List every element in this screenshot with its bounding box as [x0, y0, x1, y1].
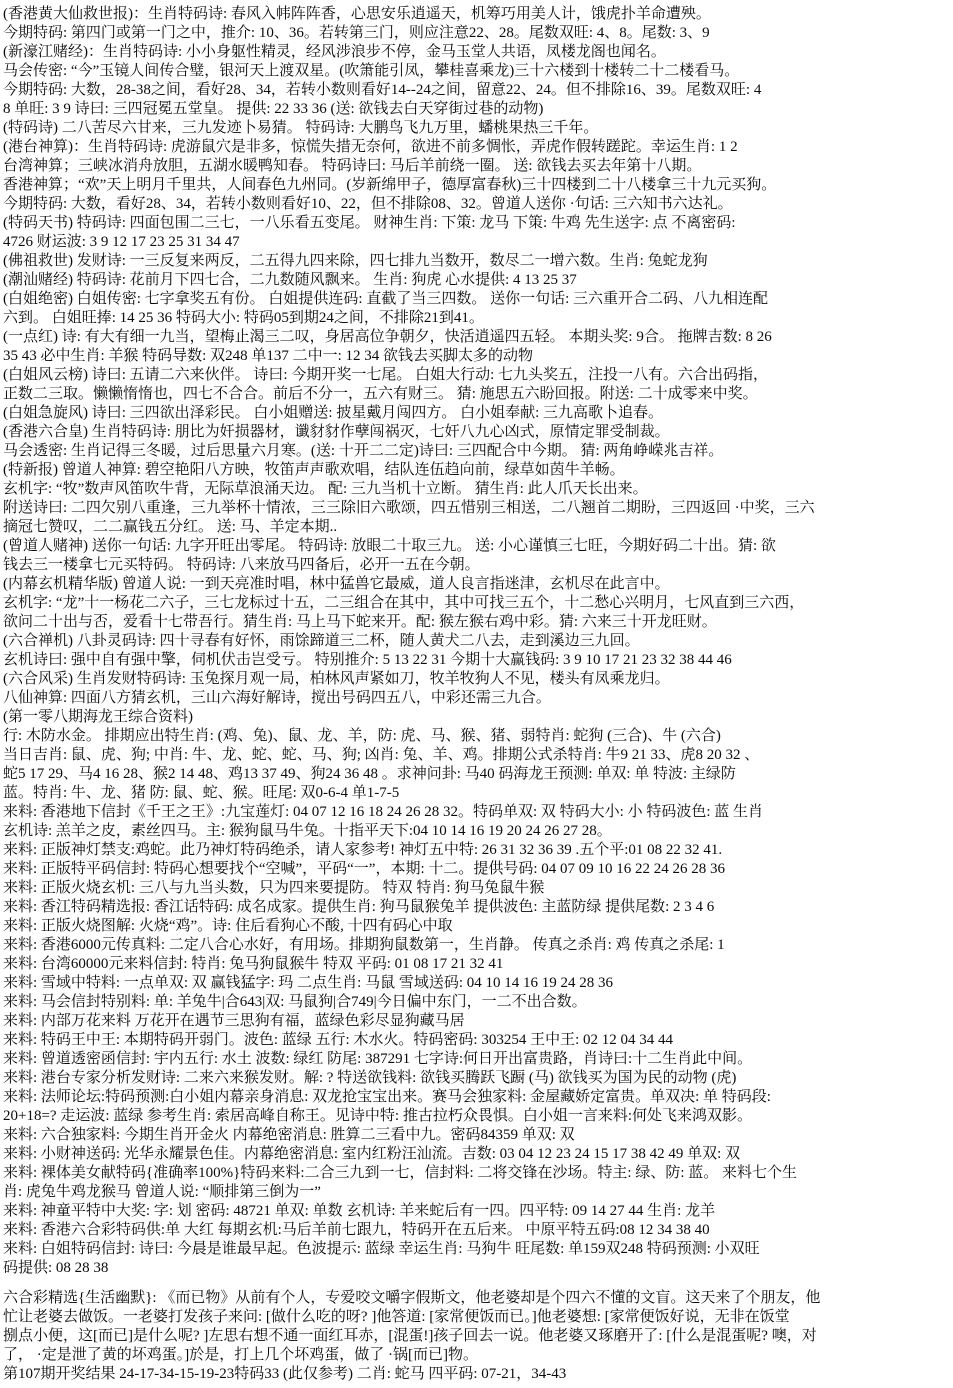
text-line: 来料: 神童平特中大奖: 字: 划 密码: 48721 单双: 单数 玄机诗: …: [3, 1202, 951, 1221]
text-line: 玄机诗曰: 强中自有强中擎，伺机伏击岂受亏。 特别推介: 5 13 22 31 …: [3, 651, 951, 670]
text-line: 来料: 香港地下信封《千王之王》:九宝莲灯: 04 07 12 16 18 24…: [3, 803, 951, 822]
text-line: 钱去三一楼拿七元买特码。 特码诗: 八来放马四备后，必开一五在今朝。: [3, 556, 951, 575]
text-line: 来料: 雪域中特料: 一点单双: 双 赢钱猛字: 玛 二点生肖: 马鼠 雪域送码…: [3, 974, 951, 993]
text-line: 香港神算；“欢”天上明月千里共，人间春色九州同。(岁新绵甲子，德厚富春秋)三十四…: [3, 176, 951, 195]
text-line: 来料: 台湾60000元来料信封: 特肖: 兔马狗鼠猴牛 特双 平码: 01 0…: [3, 955, 951, 974]
text-line: 附送诗曰: 二四欠别八重逢，三九举杯十情浓，三三除旧六歌颂，四五惜别三相送，二八…: [3, 499, 951, 518]
text-line: 来料: 六合独家料: 今期生肖开金火 内幕绝密消息: 胜算二三看中九。密码843…: [3, 1126, 951, 1145]
text-line: 欲问二十出与否，爱看十七带吾行。猜生肖: 马上马下蛇来开。配: 猴左猴右鸡中彩。…: [3, 613, 951, 632]
text-line: 8 单旺: 3 9 诗曰: 三四冠冕五堂皇。 提供: 22 33 36 (送: …: [3, 100, 951, 119]
text-line: (内幕玄机精华版) 曾道人说: 一到天亮准时唱，林中猛兽它最威，道人良言指迷津，…: [3, 575, 951, 594]
text-line: 马会透密: 生肖记得三冬暖，过后思量六月寒。(送: 十开二二定)诗曰: 三四配合…: [3, 442, 951, 461]
text-line: 今期特码: 大数，28-38之间，看好28、34，若转小数则看好14--24之间…: [3, 81, 951, 100]
text-line: (港台神算)：生肖特码诗: 虎游鼠穴是非多，惊慌失措无奈何，欲进不前多惆怅，弄虎…: [3, 138, 951, 157]
text-line: 来料: 香港六合彩特码供:单 大红 每期玄机:马后羊前七跟九，特码开在五后来。 …: [3, 1221, 951, 1240]
text-line: 肖: 虎兔牛鸡龙猴马 曾道人说: “顺排第三倒为一”: [3, 1183, 951, 1202]
text-line: 来料: 白姐特码信封: 诗曰: 今晨是谁最早起。色波提示: 蓝绿 幸运生肖: 马…: [3, 1240, 951, 1259]
text-line: (特码天书) 特码诗: 四面包围二三七，一八乐看五变尾。 财神生肖: 下策: 龙…: [3, 214, 951, 233]
text-line: (白姐绝密) 白姐传密: 七字拿奖五有份。 白姐提供连码: 直截了当三四数。 送…: [3, 290, 951, 309]
text-line: (新濠江赌经)：生肖特码诗: 小小身躯性精灵，经风涉浪步不停，金马玉堂人共语，凤…: [3, 43, 951, 62]
text-line: (曾道人赌神) 送你一句话: 九字开旺出零尾。 特码诗: 放眼二十取三九。 送:…: [3, 537, 951, 556]
text-line: 20+18=? 走运波: 蓝绿 参考生肖: 索居高峰自称王。见诗中特: 推古拉朽…: [3, 1107, 951, 1126]
text-line: 六到。 白姐旺捧: 14 25 36 特码大小: 特码05到期24之间，不排除2…: [3, 309, 951, 328]
text-line: (香港黄大仙救世报)：生肖特码诗: 春风入帏阵阵香，心思安乐逍遥天，机筹巧用美人…: [3, 5, 951, 24]
text-line: [3, 1278, 951, 1289]
text-line: 来料: 特码王中王: 本期特码开弱门。波色: 蓝绿 五行: 木水火。特码密码: …: [3, 1031, 951, 1050]
text-line: (佛祖救世) 发财诗: 一三反复来两反，二五得九四来除，四七排九当数开，数尽二一…: [3, 252, 951, 271]
text-line: 来料: 内部万花来料 万花开在遇节三思狗有福，蓝绿色彩尽显狗藏马居: [3, 1012, 951, 1031]
text-line: 台湾神算；三峡冰消舟放胆，五湖水暖鸭知春。 特码诗曰: 马后羊前绕一圈。 送: …: [3, 157, 951, 176]
document-page: (香港黄大仙救世报)：生肖特码诗: 春风入帏阵阵香，心思安乐逍遥天，机筹巧用美人…: [0, 0, 953, 1388]
text-line: 来料: 小财神送码: 光华永耀景色佳。内幕绝密消息: 室内红粉汪汕流。吉数: 0…: [3, 1145, 951, 1164]
text-line: 来料: 正版神灯禁支:鸡蛇。此乃神灯特码绝杀，请人家参考! 神灯五中特: 26 …: [3, 841, 951, 860]
text-line: (第一零八期海龙王综合资料): [3, 708, 951, 727]
text-line: 今期特码: 大数，看好28、34，若转小数则看好10、22，但不排除08、32。…: [3, 195, 951, 214]
text-line: 今期特码: 第四门或第一门之中，推介: 10、36。若转第三门，则应注意22、2…: [3, 24, 951, 43]
text-line: 来料: 曾道透密函信封: 宇内五行: 水土 波数: 绿红 防尾: 387291 …: [3, 1050, 951, 1069]
text-line: 摘冠七赞叹，二二赢钱五分红。 送: 马、羊定本期..: [3, 518, 951, 537]
document-lines: (香港黄大仙救世报)：生肖特码诗: 春风入帏阵阵香，心思安乐逍遥天，机筹巧用美人…: [3, 5, 951, 1384]
text-line: (白姐风云榜) 诗曰: 五请二六来伙伴。 诗曰: 今期开奖一七尾。 白姐大行动:…: [3, 366, 951, 385]
text-line: 4726 财运波: 3 9 12 17 23 25 31 34 47: [3, 233, 951, 252]
text-line: 忙让老婆去做饭。一老婆打发孩子来问: [做什么吃的呀? ]他答道: [家常便饭而…: [3, 1308, 951, 1327]
text-line: 第107期开奖结果 24-17-34-15-19-23特码33 (此仅参考) 二…: [3, 1365, 951, 1384]
text-line: (潮汕赌经) 特码诗: 花前月下四七合，二九数随风飘来。 生肖: 狗虎 心水提供…: [3, 271, 951, 290]
text-line: 来料: 正版特平码信封: 特码心想要找个“空喊”，平码“一”，本期: 十二。提供…: [3, 860, 951, 879]
text-line: 六合彩精选{生活幽默}: 《而已物》从前有个人，专爱咬文嚼字假斯文，他老婆却是个…: [3, 1289, 951, 1308]
text-line: 35 43 必中生肖: 羊猴 特码导数: 双248 单137 二中一: 12 3…: [3, 347, 951, 366]
text-line: 来料: 香江特码精选报: 香江话特码: 成名成家。提供生肖: 狗马鼠猴兔羊 提供…: [3, 898, 951, 917]
text-line: 行: 木防水金。 排期应出特生肖: (鸡、兔)、鼠、龙、羊，防: 虎、马、猴、猪…: [3, 727, 951, 746]
text-line: 来料: 裸体美女献特码{准确率100%}特码来料:二合三九到一七，信封料: 二将…: [3, 1164, 951, 1183]
text-line: 马会传密: “今”玉镜人间传合璧，银河天上渡双星。(吹箫能引凤，攀桂喜乘龙)三十…: [3, 62, 951, 81]
text-line: 来料: 马会信封特别料: 单: 羊兔牛|合643|双: 马鼠狗|合749|今日偏…: [3, 993, 951, 1012]
text-line: 玄机字: “牧”数声风笛吹牛背，无际草浪涌天边。 配: 三九当机十立断。 猜生肖…: [3, 480, 951, 499]
text-line: 蓝。特肖: 牛、龙、猪 防: 鼠、蛇、猴。旺尾: 双0-6-4 单1-7-5: [3, 784, 951, 803]
text-line: 来料: 正版火烧玄机: 三八与九当头数，只为四来要提防。 特双 特肖: 狗马兔鼠…: [3, 879, 951, 898]
text-line: 来料: 法师论坛:特码预测:白小姐内幕亲身消息: 双龙抢宝宝出来。赛马会独家料:…: [3, 1088, 951, 1107]
text-line: (白姐急旋风) 诗曰: 三四欲出泽彩民。 白小姐赠送: 披星戴月闯四方。 白小姐…: [3, 404, 951, 423]
text-line: 蛇5 17 29、马4 16 28、猴2 14 48、鸡13 37 49、狗24…: [3, 765, 951, 784]
text-line: (六合禅机) 八卦灵码诗: 四十寻春有好怀，雨馀蹄道三二杯，随人黄犬二八去，走到…: [3, 632, 951, 651]
text-line: 来料: 香港6000元传真料: 二定八合心水好，有用场。排期狗鼠数第一，生肖静。…: [3, 936, 951, 955]
text-line: (香港六合皇) 生肖特码诗: 朋比为奸损器材，谶豺豺作孽闯祸灭，七奸八九心凶式，…: [3, 423, 951, 442]
text-line: 当日吉肖: 鼠、虎、狗; 中肖: 牛、龙、蛇、蛇、马、狗; 凶肖: 兔、羊、鸡。…: [3, 746, 951, 765]
text-line: 来料: 港台专家分析发财诗: 二来六来猴发财。解: ? 特送欲钱料: 欲钱买腾跃…: [3, 1069, 951, 1088]
text-line: 了， ·定是泄了黄的坏鸡蛋。]於是，打上几个坏鸡蛋，做了 ·锅[而已]物。: [3, 1346, 951, 1365]
text-line: (特码诗) 二八苦尽六甘来，三九发迹卜易猜。 特码诗: 大鹏鸟飞九万里，蟠桃果热…: [3, 119, 951, 138]
text-line: 玄机字: “龙”十一杨花二六子，三七龙标过十五，二三组合在其中，其中可找三五个，…: [3, 594, 951, 613]
text-line: 正数二三取。懒懒惰惰也，四七不合合。前后不分一，五六有财三。 猜: 施思五六盼回…: [3, 385, 951, 404]
text-line: (六合风采) 生肖发财特码诗: 玉兔探月观一局，柏林风声紧如刀，牧羊牧狗人不见，…: [3, 670, 951, 689]
text-line: 来料: 正版火烧图解: 火烧“鸡”。诗: 住后看狗心不酸, 十四有码心中取: [3, 917, 951, 936]
text-line: 码提供: 08 28 38: [3, 1259, 951, 1278]
text-line: (特新报) 曾道人神算: 碧空艳阳八方映，牧笛声声歌欢唱，结队连伍趋向前，绿草如…: [3, 461, 951, 480]
text-line: 八仙神算: 四面八方猜玄机，三山六海好解诗，搅出号码四五八，中彩还需三九合。: [3, 689, 951, 708]
text-line: (一点红) 诗: 有大有细一九当，望梅止渴三二叹，身居高位争朝夕，快活逍遥四五轻…: [3, 328, 951, 347]
text-line: 捌点小便，这[而已]是什么呢? ]左思右想不通一面红耳赤，[混蛋!]孩子回去一说…: [3, 1327, 951, 1346]
text-line: 玄机诗: 羔羊之皮，素丝四马。主: 猴狗鼠马牛兔。十指平天下:04 10 14 …: [3, 822, 951, 841]
